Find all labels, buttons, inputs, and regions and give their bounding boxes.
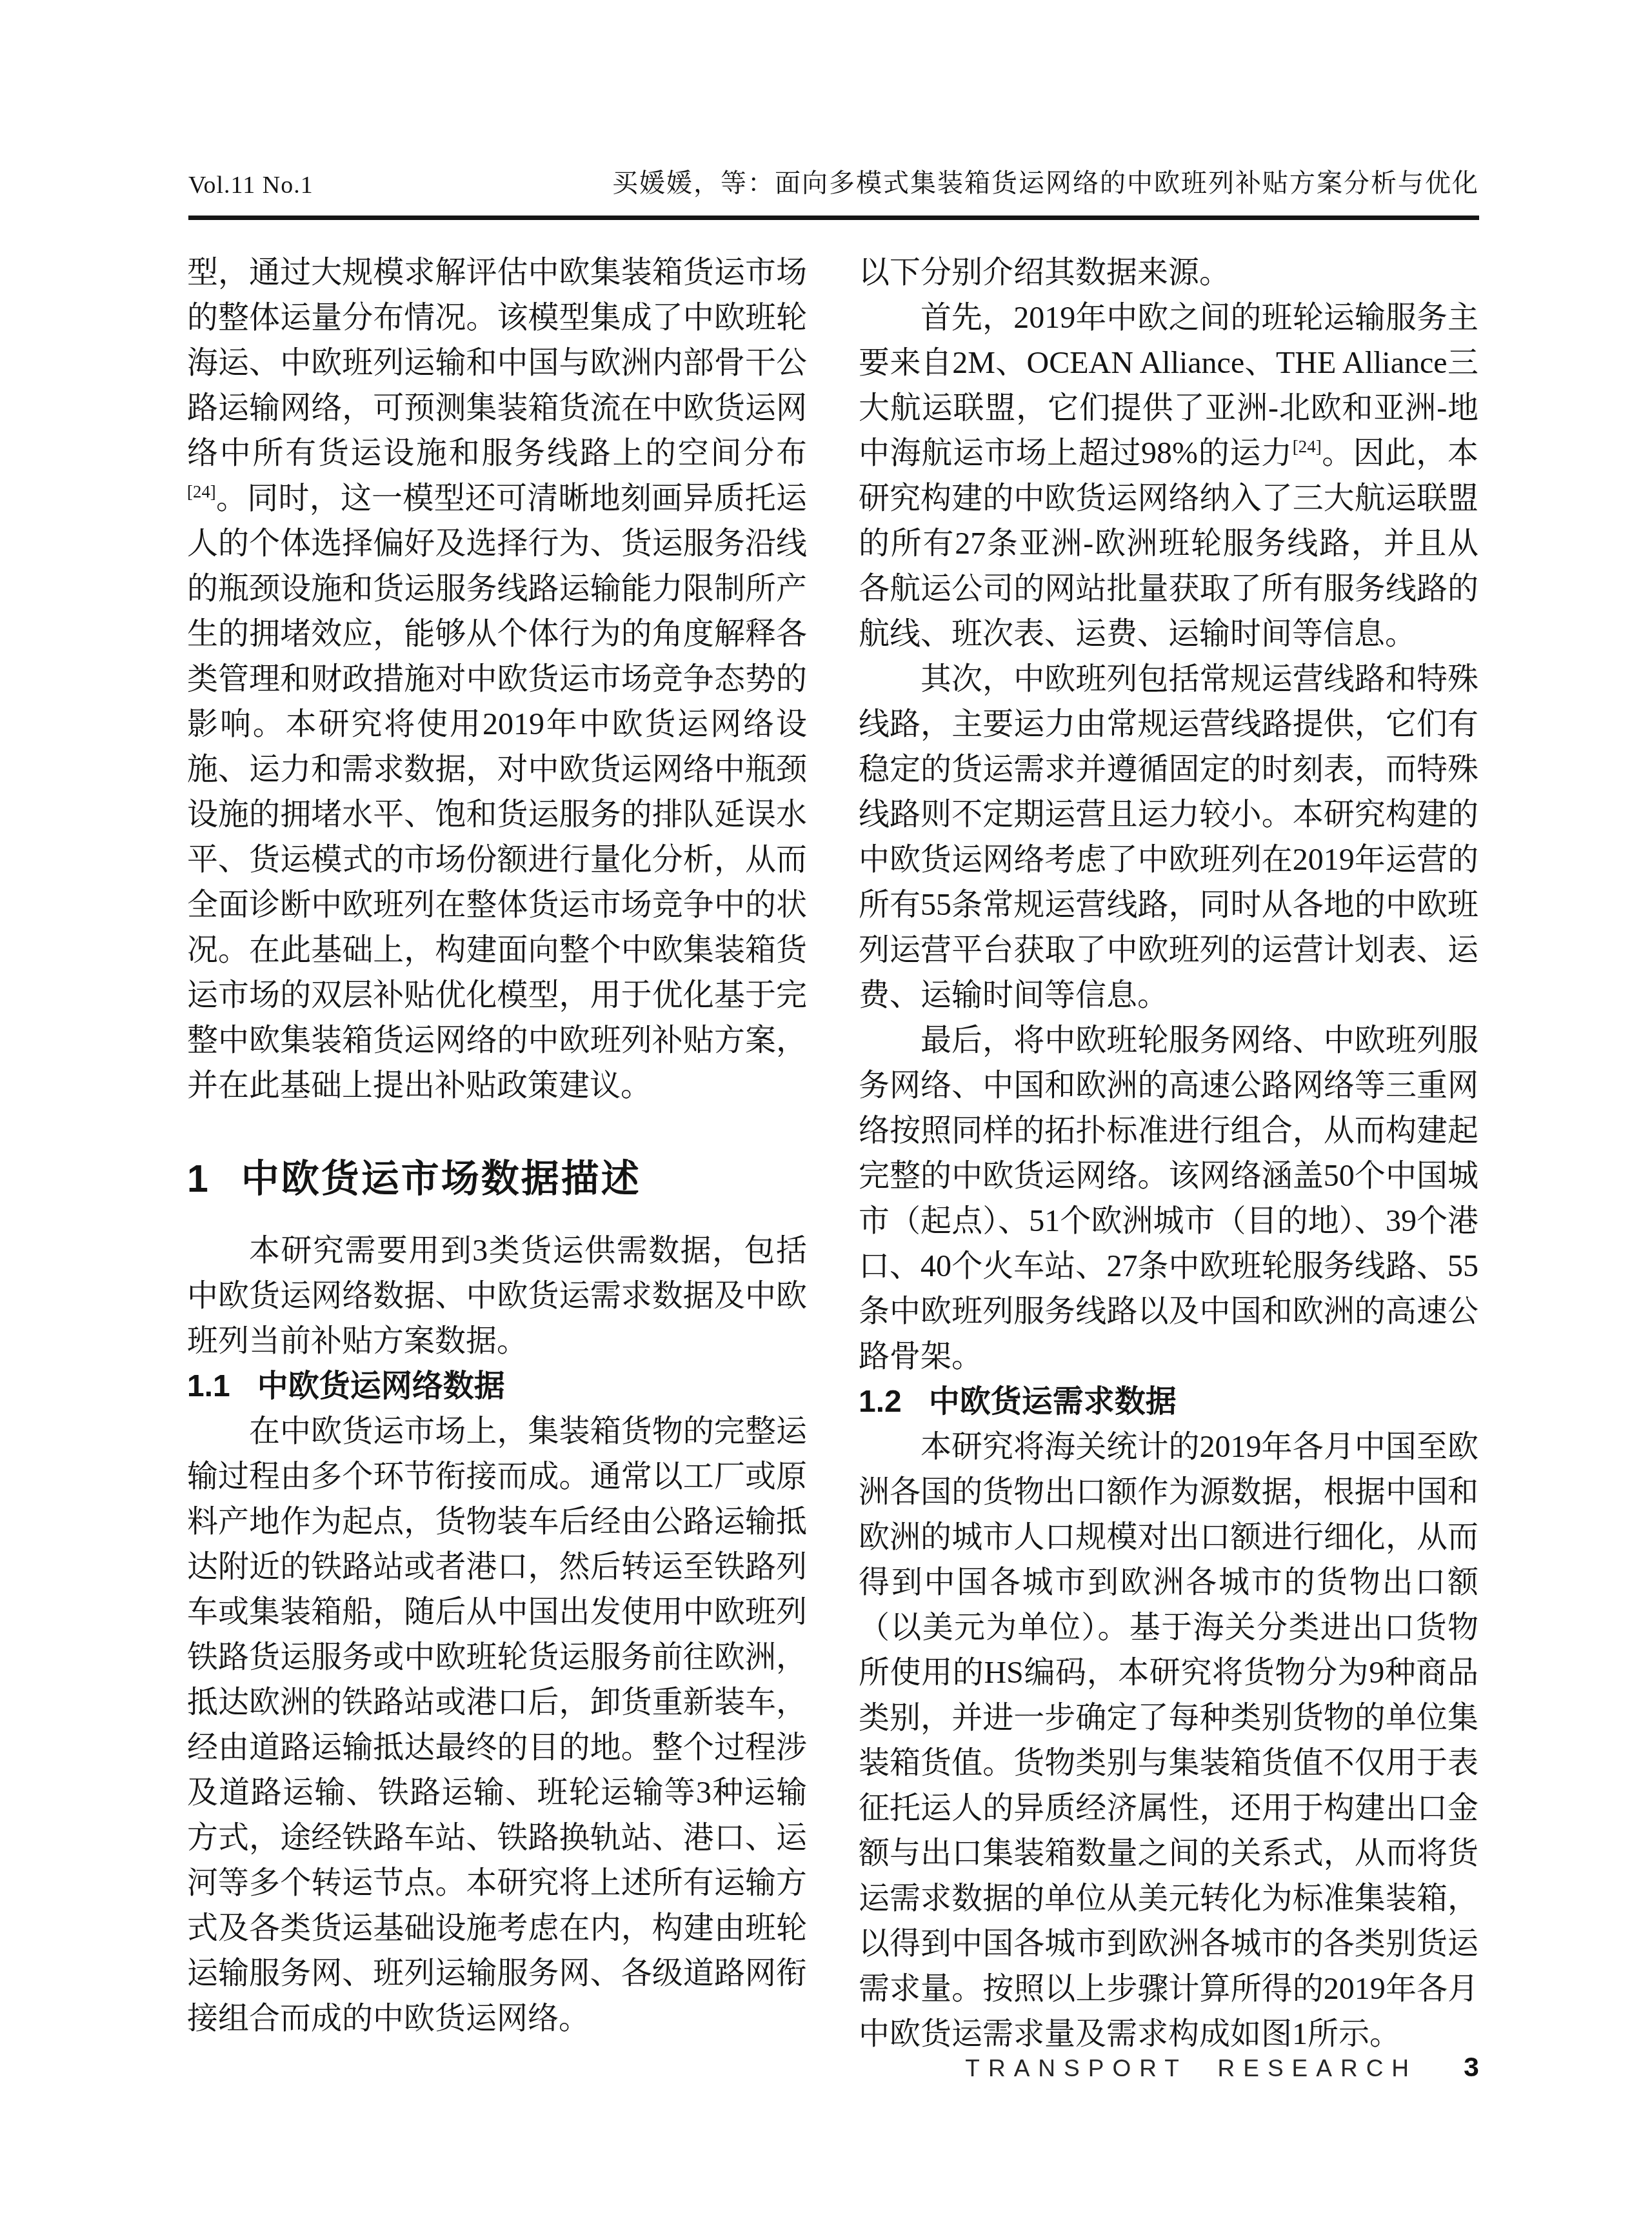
paragraph-continued: 型，通过大规模求解评估中欧集装箱货运市场的整体运量分布情况。该模型集成了中欧班轮… [187,250,807,1108]
paragraph-text: 型，通过大规模求解评估中欧集装箱货运市场的整体运量分布情况。该模型集成了中欧班轮… [187,256,807,470]
paragraph: 本研究将海关统计的2019年各月中国至欧洲各国的货物出口额作为源数据，根据中国和… [859,1425,1478,2057]
journal-name: TRANSPORT RESEARCH [965,2055,1417,2082]
running-title: 买媛媛，等：面向多模式集装箱货运网络的中欧班列补贴方案分析与优化 [612,163,1479,199]
paragraph-text: 。同时，这一模型还可清晰地刻画异质托运人的个体选择偏好及选择行为、货运服务沿线的… [187,481,807,1103]
citation-superscript: [24] [1293,437,1322,456]
subsection-heading-1-1: 1.1 中欧货运网络数据 [187,1364,807,1409]
citation-superscript: [24] [187,482,216,501]
section-heading-1: 1 中欧货运市场数据描述 [187,1158,807,1200]
paragraph-continued: 以下分别介绍其数据来源。 [859,250,1478,296]
subsection-number: 1.1 [187,1364,230,1409]
volume-issue-label: Vol.11 No.1 [188,171,313,199]
page-header: Vol.11 No.1 买媛媛，等：面向多模式集装箱货运网络的中欧班列补贴方案分… [188,163,1479,199]
right-column: 以下分别介绍其数据来源。 首先，2019年中欧之间的班轮运输服务主要来自2M、O… [859,250,1478,2057]
header-divider-rule [188,216,1479,220]
paragraph: 其次，中欧班列包括常规运营线路和特殊线路，主要运力由常规运营线路提供，它们有稳定… [859,657,1478,1018]
subsection-number: 1.2 [859,1379,902,1425]
paragraph: 本研究需要用到3类货运供需数据，包括中欧货运网络数据、中欧货运需求数据及中欧班列… [187,1228,807,1364]
section-number: 1 [187,1158,210,1200]
page-number: 3 [1464,2052,1479,2083]
subsection-heading-1-2: 1.2 中欧货运需求数据 [859,1379,1478,1425]
subsection-title: 中欧货运需求数据 [929,1379,1177,1425]
paragraph: 最后，将中欧班轮服务网络、中欧班列服务网络、中国和欧洲的高速公路网络等三重网络按… [859,1018,1478,1379]
left-column: 型，通过大规模求解评估中欧集装箱货运市场的整体运量分布情况。该模型集成了中欧班轮… [187,250,807,2041]
subsection-title: 中欧货运网络数据 [257,1364,505,1409]
paragraph: 首先，2019年中欧之间的班轮运输服务主要来自2M、OCEAN Alliance… [859,296,1478,657]
page-footer: TRANSPORT RESEARCH 3 [965,2052,1479,2083]
section-title: 中欧货运市场数据描述 [241,1158,641,1200]
paragraph: 在中欧货运市场上，集装箱货物的完整运输过程由多个环节衔接而成。通常以工厂或原料产… [187,1409,807,2041]
journal-page: Vol.11 No.1 买媛媛，等：面向多模式集装箱货运网络的中欧班列补贴方案分… [0,0,1652,2226]
